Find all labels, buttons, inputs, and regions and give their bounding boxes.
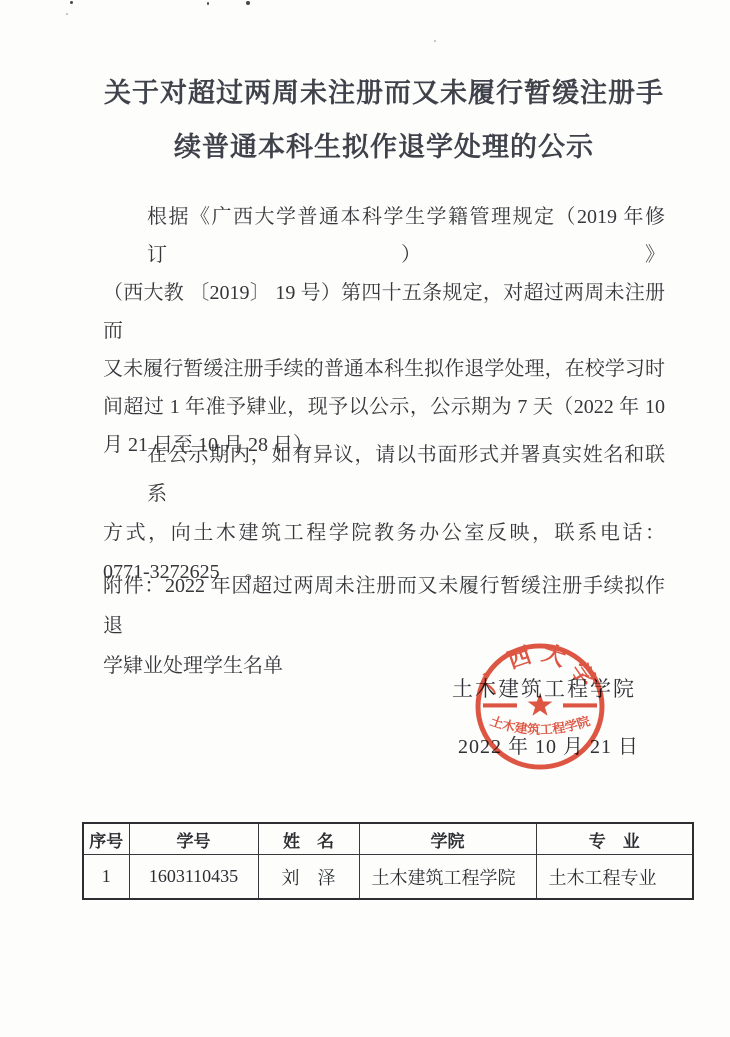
paragraph-regulation: 根据《广西大学普通本科学生学籍管理规定（2019 年修订）》 （西大教 〔201… [103, 198, 665, 464]
text-line: （西大教 〔2019〕 19 号）第四十五条规定，对超过两周未注册而 [103, 274, 665, 350]
header-college: 学院 [359, 823, 536, 855]
scan-speck [207, 2, 209, 5]
header-student-id: 学号 [129, 823, 258, 855]
cell-major: 土木工程专业 [536, 855, 693, 900]
header-major: 专 业 [536, 823, 693, 855]
cell-college: 土木建筑工程学院 [359, 855, 536, 900]
scan-speck [246, 1, 250, 5]
table-header-row: 序号 学号 姓 名 学院 专 业 [83, 823, 693, 855]
document-title: 关于对超过两周未注册而又未履行暂缓注册手 续普通本科生拟作退学处理的公示 [103, 66, 665, 174]
student-list-table: 序号 学号 姓 名 学院 专 业 1 1603110435 刘 泽 土木建筑工程… [82, 822, 694, 900]
text-line: 方式，向土木建筑工程学院教务办公室反映，联系电话： [103, 514, 665, 553]
title-line-1: 关于对超过两周未注册而又未履行暂缓注册手 [103, 66, 665, 120]
paragraph-attachment: 附件：2022 年因超过两周未注册而又未履行暂缓注册手续拟作退 学肄业处理学生名… [103, 566, 665, 686]
seal-left-bar [483, 703, 517, 707]
signature-org: 土木建筑工程学院 [452, 673, 636, 703]
text-line: 又未履行暂缓注册手续的普通本科生拟作退学处理，在校学习时 [103, 350, 665, 388]
table-row: 1 1603110435 刘 泽 土木建筑工程学院 土木工程专业 [83, 855, 693, 900]
scan-speck [434, 40, 436, 42]
cell-name: 刘 泽 [258, 855, 359, 900]
scanned-notice-page: 关于对超过两周未注册而又未履行暂缓注册手 续普通本科生拟作退学处理的公示 根据《… [0, 0, 730, 1037]
text-line: 在公示期内，如有异议，请以书面形式并署真实姓名和联系 [103, 436, 665, 514]
text-line: 附件：2022 年因超过两周未注册而又未履行暂缓注册手续拟作退 [103, 566, 665, 646]
scan-speck [70, 1, 73, 4]
cell-student-id: 1603110435 [129, 855, 258, 900]
seal-right-bar [563, 703, 597, 707]
title-line-2: 续普通本科生拟作退学处理的公示 [103, 120, 665, 174]
text-line: 根据《广西大学普通本科学生学籍管理规定（2019 年修订）》 [103, 198, 665, 274]
signature-date: 2022 年 10 月 21 日 [458, 730, 639, 759]
header-name: 姓 名 [258, 823, 359, 855]
header-index: 序号 [83, 823, 129, 855]
cell-index: 1 [83, 855, 129, 900]
scan-speck [66, 13, 68, 15]
text-line: 间超过 1 年准予肄业，现予以公示，公示期为 7 天（2022 年 10 [103, 388, 665, 426]
